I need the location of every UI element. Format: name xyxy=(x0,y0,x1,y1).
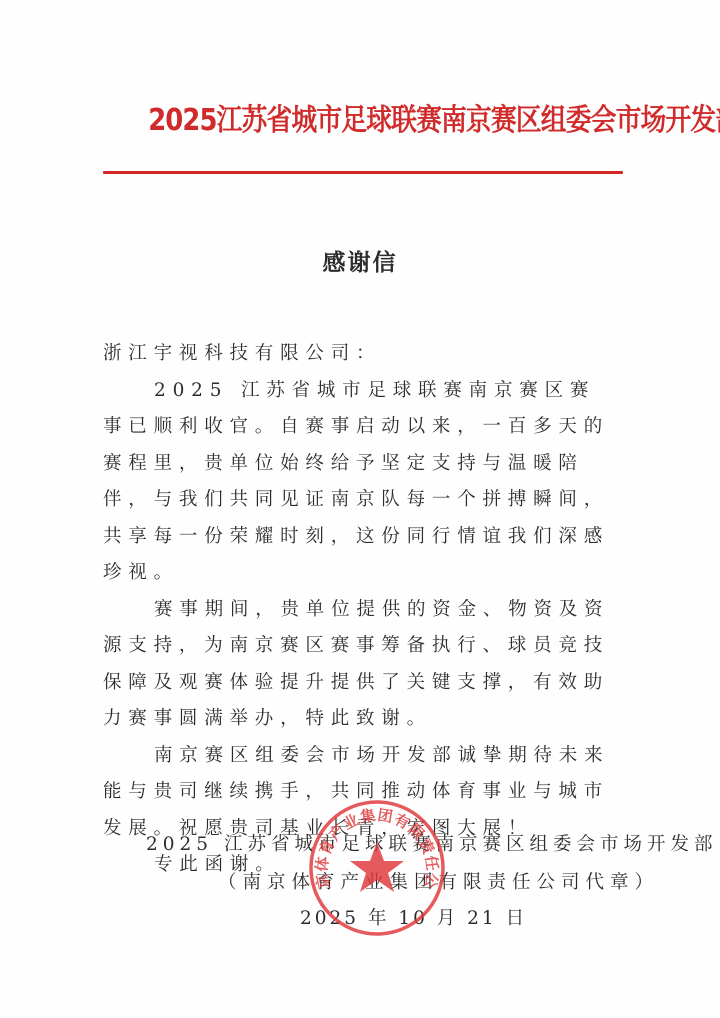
letter-body: 浙江宇视科技有限公司： 2025 江苏省城市足球联赛南京赛区赛事已顺利收官。自赛… xyxy=(103,336,618,884)
signature-organization: 2025 江苏省城市足球联赛南京赛区组委会市场开发部 xyxy=(146,826,717,863)
paragraph-1: 2025 江苏省城市足球联赛南京赛区赛事已顺利收官。自赛事启动以来，一百多天的赛… xyxy=(103,373,618,592)
salutation: 浙江宇视科技有限公司： xyxy=(103,336,618,373)
document-title: 感谢信 xyxy=(0,246,720,280)
signature-proxy-seal-note: （南京体育产业集团有限责任公司代章） xyxy=(218,864,659,901)
letterhead-title: 2025江苏省城市足球联赛南京赛区组委会市场开发部 xyxy=(148,100,720,142)
letterhead-divider xyxy=(103,171,623,174)
signature-date: 2025 年 10 月 21 日 xyxy=(300,900,527,937)
letterhead: 2025江苏省城市足球联赛南京赛区组委会市场开发部 xyxy=(100,100,625,145)
letter-page: 2025江苏省城市足球联赛南京赛区组委会市场开发部 感谢信 浙江宇视科技有限公司… xyxy=(0,0,720,1018)
paragraph-2: 赛事期间，贵单位提供的资金、物资及资源支持，为南京赛区赛事筹备执行、球员竞技保障… xyxy=(103,592,618,738)
